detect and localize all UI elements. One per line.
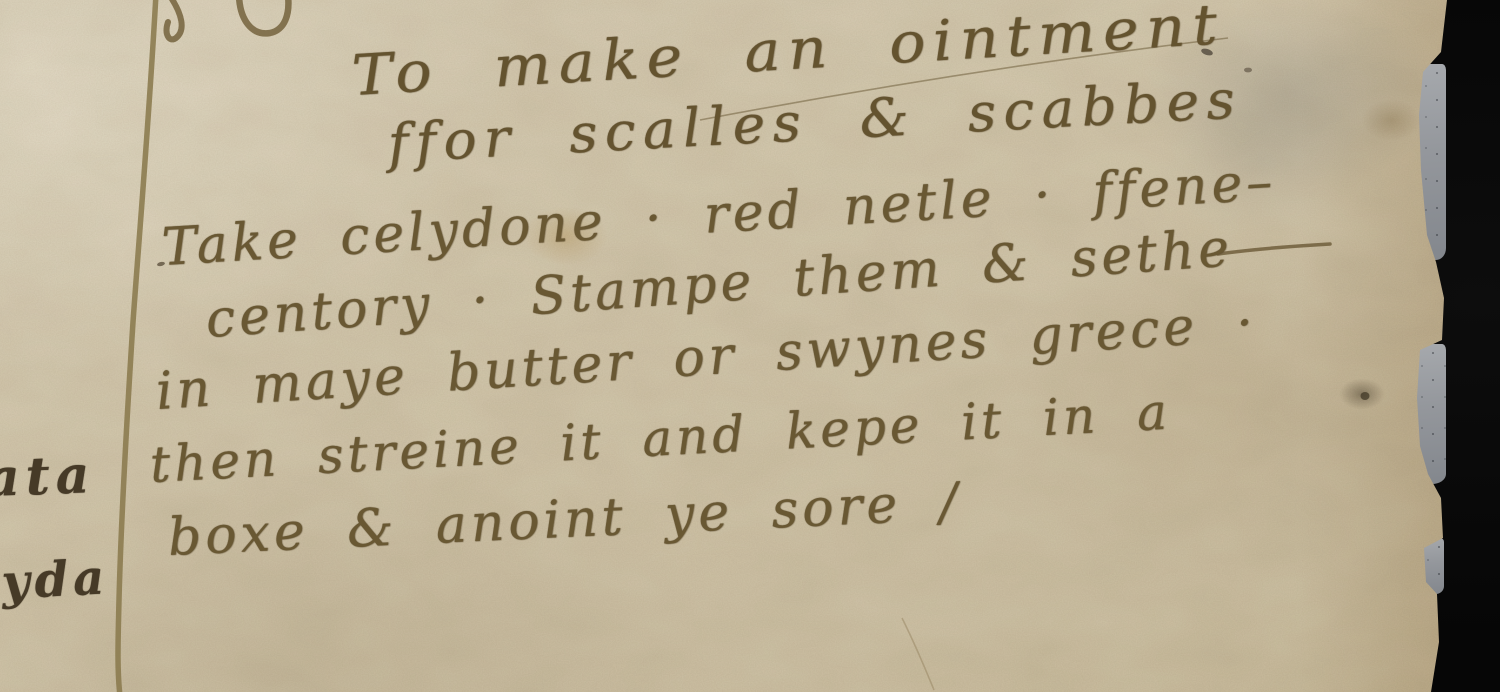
- marginalia-fragment-1: ata: [0, 444, 96, 509]
- paper-leaf: To make an ointment ffor scalles & scabb…: [0, 0, 1500, 692]
- marginalia-fragment-2: ·yda: [0, 549, 111, 612]
- manuscript-scan: To make an ointment ffor scalles & scabb…: [0, 0, 1500, 692]
